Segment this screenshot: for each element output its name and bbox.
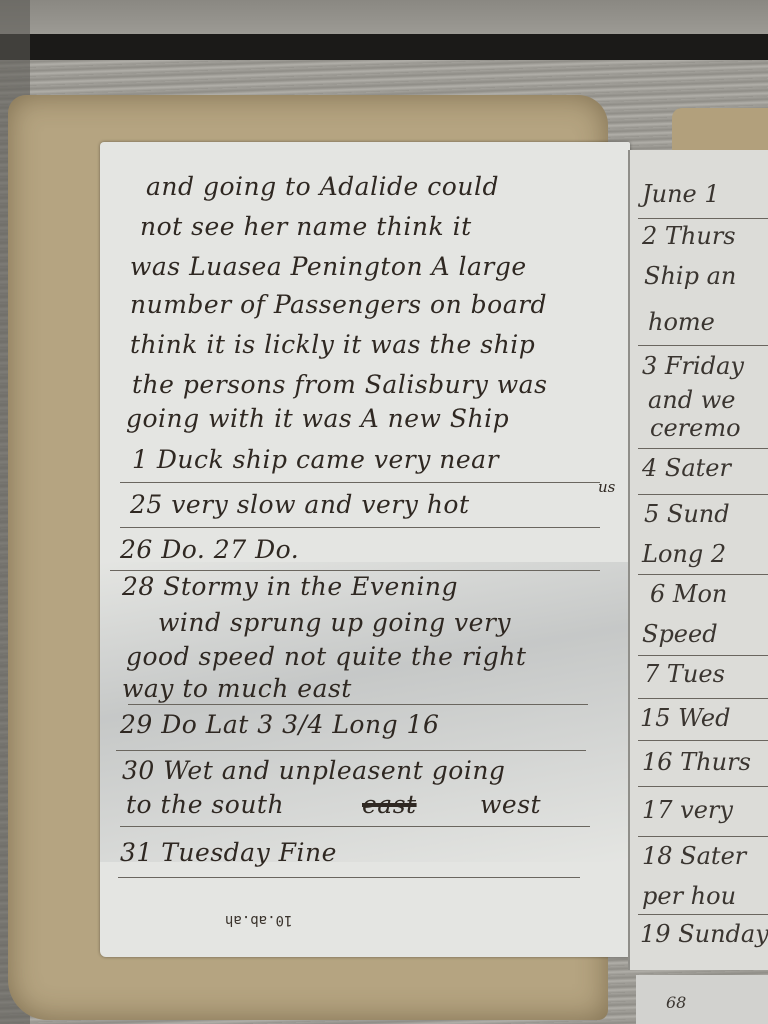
text-line: 4 Sater — [642, 454, 731, 482]
text-line: the persons from Salisbury was — [132, 370, 547, 399]
text-line: Long 2 — [642, 540, 726, 568]
text-line: west — [480, 790, 541, 819]
text-line: 26 Do. 27 Do. — [120, 535, 299, 564]
text-line: and going to Adalide could — [146, 172, 499, 201]
ruled-line — [638, 448, 768, 449]
text-line: home — [648, 308, 715, 336]
text-line: Speed — [642, 620, 718, 648]
text-line: going with it was A new Ship — [126, 404, 509, 433]
ruled-line — [120, 527, 600, 528]
ruled-line — [128, 704, 588, 705]
text-line: 28 Stormy in the Evening — [122, 572, 458, 601]
text-line: per hou — [642, 882, 736, 910]
text-line: think it is lickly it was the ship — [130, 330, 535, 359]
ruled-line — [638, 574, 768, 575]
underlying-page: 68 — [636, 975, 768, 1024]
text-line: 17 very — [642, 796, 733, 824]
text-line: ceremo — [650, 414, 741, 442]
margin-note: us — [598, 478, 615, 496]
text-line: 16 Thurs — [642, 748, 751, 776]
text-line: and we — [648, 386, 736, 414]
diary-left-page: and going to Adalide could not see her n… — [100, 142, 630, 957]
text-line: number of Passengers on board — [130, 290, 547, 319]
text-line: 15 Wed — [640, 704, 730, 732]
ruled-line — [638, 655, 768, 656]
text-line: 7 Tues — [644, 660, 725, 688]
diary-right-page: June 1 2 Thurs Ship an home 3 Friday and… — [628, 150, 768, 970]
ruled-line — [638, 740, 768, 741]
ruled-line — [638, 218, 768, 219]
text-line: way to much east — [122, 674, 352, 703]
ruled-line — [110, 570, 600, 571]
text-line: 6 Mon — [650, 580, 727, 608]
ruled-line — [120, 482, 600, 483]
text-fragment: 68 — [666, 993, 686, 1012]
text-line: 25 very slow and very hot — [130, 490, 470, 519]
text-line: 3 Friday — [642, 352, 744, 380]
text-line: June 1 — [642, 180, 720, 208]
text-line: 30 Wet and unpleasent going — [122, 756, 505, 785]
ruled-line — [638, 698, 768, 699]
text-line: 19 Sunday — [640, 920, 768, 948]
ruled-line — [638, 836, 768, 837]
wood-plank-top — [0, 0, 768, 34]
text-line: not see her name think it — [140, 212, 472, 241]
ruled-line — [638, 914, 768, 915]
text-line: Ship an — [644, 262, 736, 290]
text-line: 18 Sater — [642, 842, 746, 870]
text-line: was Luasea Penington A large — [130, 252, 527, 281]
text-line: to the south — [126, 790, 284, 819]
ruled-line — [638, 345, 768, 346]
text-line: 29 Do Lat 3 3/4 Long 16 — [120, 710, 439, 739]
ruled-line — [120, 826, 590, 827]
text-line: wind sprung up going very — [158, 608, 511, 637]
text-line: 1 Duck ship came very near — [132, 445, 499, 474]
text-line: 31 Tuesday Fine — [120, 838, 337, 867]
ruled-line — [638, 786, 768, 787]
text-line: good speed not quite the right — [126, 642, 526, 671]
ruled-line — [638, 494, 768, 495]
text-line: 5 Sund — [644, 500, 730, 528]
text-line: 2 Thurs — [642, 222, 736, 250]
ruled-line — [118, 877, 580, 878]
struck-word: east — [362, 790, 417, 819]
ruled-line — [116, 750, 586, 751]
page-stamp: 10.ab.ah — [225, 912, 292, 928]
